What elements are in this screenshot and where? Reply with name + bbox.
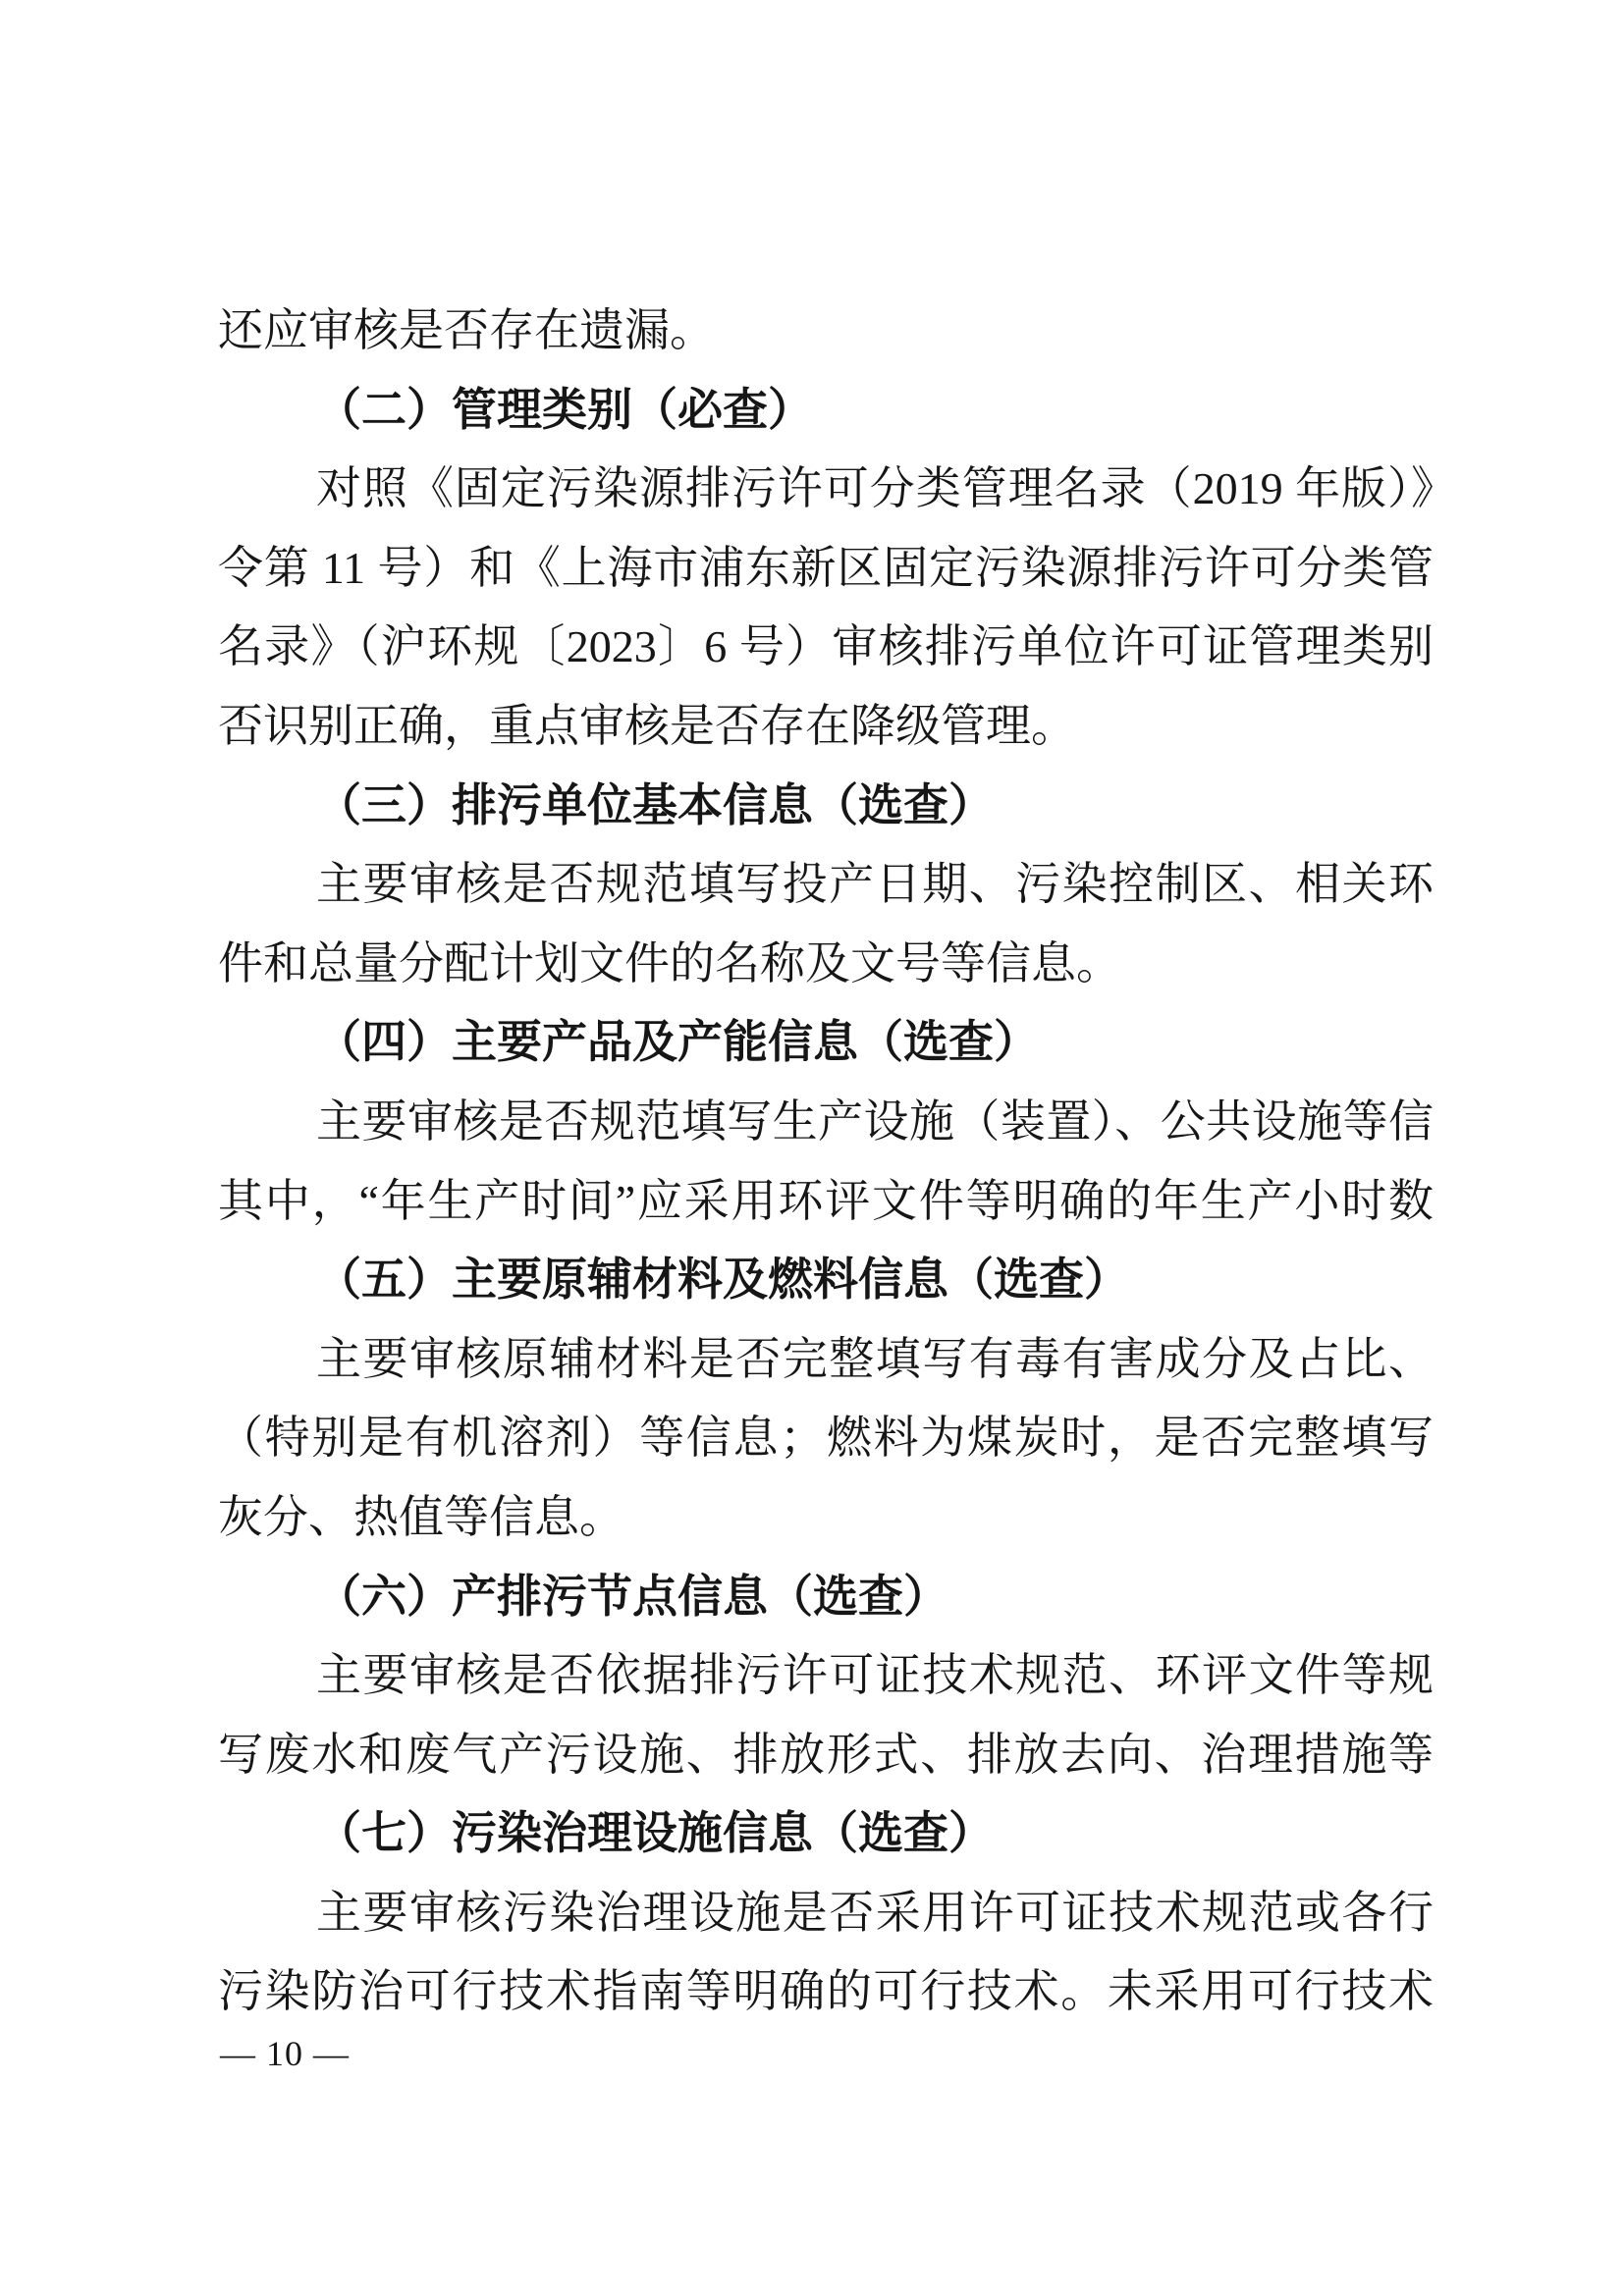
body-line: 写废水和废气产污设施、排放形式、排放去向、治理措施等信息。: [218, 1716, 1434, 1795]
heading-line: （四）主要产品及产能信息（选查）: [218, 1003, 1434, 1083]
body-line: 污染防治可行技术指南等明确的可行技术。未采用可行技术的，: [218, 1952, 1434, 2032]
body-line: （特别是有机溶剂）等信息；燃料为煤炭时，是否完整填写硫分、: [218, 1399, 1434, 1478]
heading-line: （三）排污单位基本信息（选查）: [218, 767, 1434, 846]
heading-line: （二）管理类别（必查）: [218, 371, 1434, 451]
body-line: 灰分、热值等信息。: [218, 1478, 1434, 1558]
body-line: 还应审核是否存在遗漏。: [218, 292, 1434, 371]
body-line: 否识别正确，重点审核是否存在降级管理。: [218, 687, 1434, 767]
body-line: 名录》（沪环规〔2023〕6 号）审核排污单位许可证管理类别是: [218, 608, 1434, 687]
text-block: 还应审核是否存在遗漏。（二）管理类别（必查）对照《固定污染源排污许可分类管理名录…: [218, 292, 1434, 2032]
body-line: 主要审核是否依据排污许可证技术规范、环评文件等规范填: [218, 1636, 1434, 1716]
body-line: 主要审核是否规范填写生产设施（装置）、公共设施等信息。: [218, 1083, 1434, 1162]
body-line: 对照《固定污染源排污许可分类管理名录（2019 年版）》（部: [218, 450, 1434, 529]
body-line: 令第 11 号）和《上海市浦东新区固定污染源排污许可分类管理: [218, 529, 1434, 609]
heading-line: （五）主要原辅材料及燃料信息（选查）: [218, 1241, 1434, 1320]
body-line: 主要审核污染治理设施是否采用许可证技术规范或各行业: [218, 1874, 1434, 1953]
body-line: 主要审核是否规范填写投产日期、污染控制区、相关环评文: [218, 845, 1434, 925]
body-line: 主要审核原辅材料是否完整填写有毒有害成分及占比、纯度: [218, 1320, 1434, 1400]
body-line: 其中，“年生产时间”应采用环评文件等明确的年生产小时数据。: [218, 1162, 1434, 1242]
document-page: 还应审核是否存在遗漏。（二）管理类别（必查）对照《固定污染源排污许可分类管理名录…: [0, 0, 1624, 2296]
page-number: — 10 —: [220, 2034, 350, 2073]
heading-line: （六）产排污节点信息（选查）: [218, 1558, 1434, 1637]
heading-line: （七）污染治理设施信息（选查）: [218, 1794, 1434, 1874]
body-line: 件和总量分配计划文件的名称及文号等信息。: [218, 925, 1434, 1004]
